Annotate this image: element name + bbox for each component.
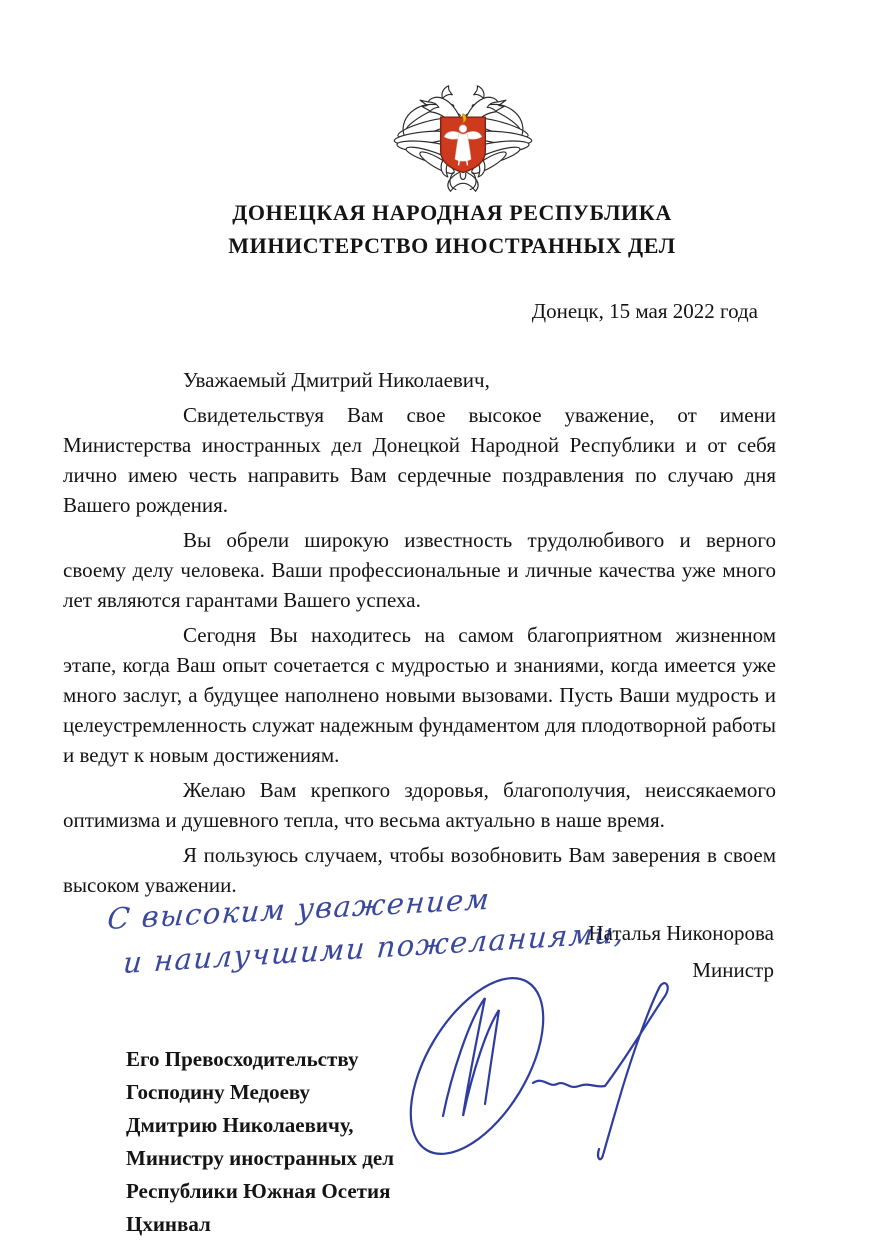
coat-of-arms bbox=[388, 76, 538, 194]
addressee-block: Его Превосходительству Господину Медоеву… bbox=[126, 1043, 394, 1241]
dateline: Донецк, 15 мая 2022 года bbox=[532, 299, 758, 324]
double-headed-eagle-icon bbox=[388, 76, 538, 194]
paragraph: Свидетельствуя Вам свое высокое уважение… bbox=[63, 400, 776, 520]
addressee-line: Дмитрию Николаевичу, bbox=[126, 1109, 394, 1142]
paragraph: Сегодня Вы находитесь на самом благоприя… bbox=[63, 620, 776, 770]
signer-name: Наталья Никонорова bbox=[588, 921, 774, 946]
paragraph: Вы обрели широкую известность трудолюбив… bbox=[63, 525, 776, 615]
paragraph: Желаю Вам крепкого здоровья, благополучи… bbox=[63, 775, 776, 835]
addressee-line: Республики Южная Осетия bbox=[126, 1175, 394, 1208]
org-name-line2: МИНИСТЕРСТВО ИНОСТРАННЫХ ДЕЛ bbox=[0, 229, 880, 262]
scanned-letter-page: ДОНЕЦКАЯ НАРОДНАЯ РЕСПУБЛИКА МИНИСТЕРСТВ… bbox=[0, 0, 880, 1245]
org-name-line1: ДОНЕЦКАЯ НАРОДНАЯ РЕСПУБЛИКА bbox=[0, 196, 880, 229]
addressee-line: Министру иностранных дел bbox=[126, 1142, 394, 1175]
addressee-line: Господину Медоеву bbox=[126, 1076, 394, 1109]
eagle-tail bbox=[448, 171, 478, 192]
addressee-line: Цхинвал bbox=[126, 1208, 394, 1241]
letter-body: Уважаемый Дмитрий Николаевич, Свидетельс… bbox=[63, 365, 776, 905]
signature-ink bbox=[385, 958, 685, 1173]
addressee-line: Его Превосходительству bbox=[126, 1043, 394, 1076]
letterhead-org-block: ДОНЕЦКАЯ НАРОДНАЯ РЕСПУБЛИКА МИНИСТЕРСТВ… bbox=[0, 196, 880, 262]
salutation: Уважаемый Дмитрий Николаевич, bbox=[63, 365, 776, 395]
shield bbox=[441, 114, 486, 173]
signer-title: Министр bbox=[692, 958, 774, 983]
